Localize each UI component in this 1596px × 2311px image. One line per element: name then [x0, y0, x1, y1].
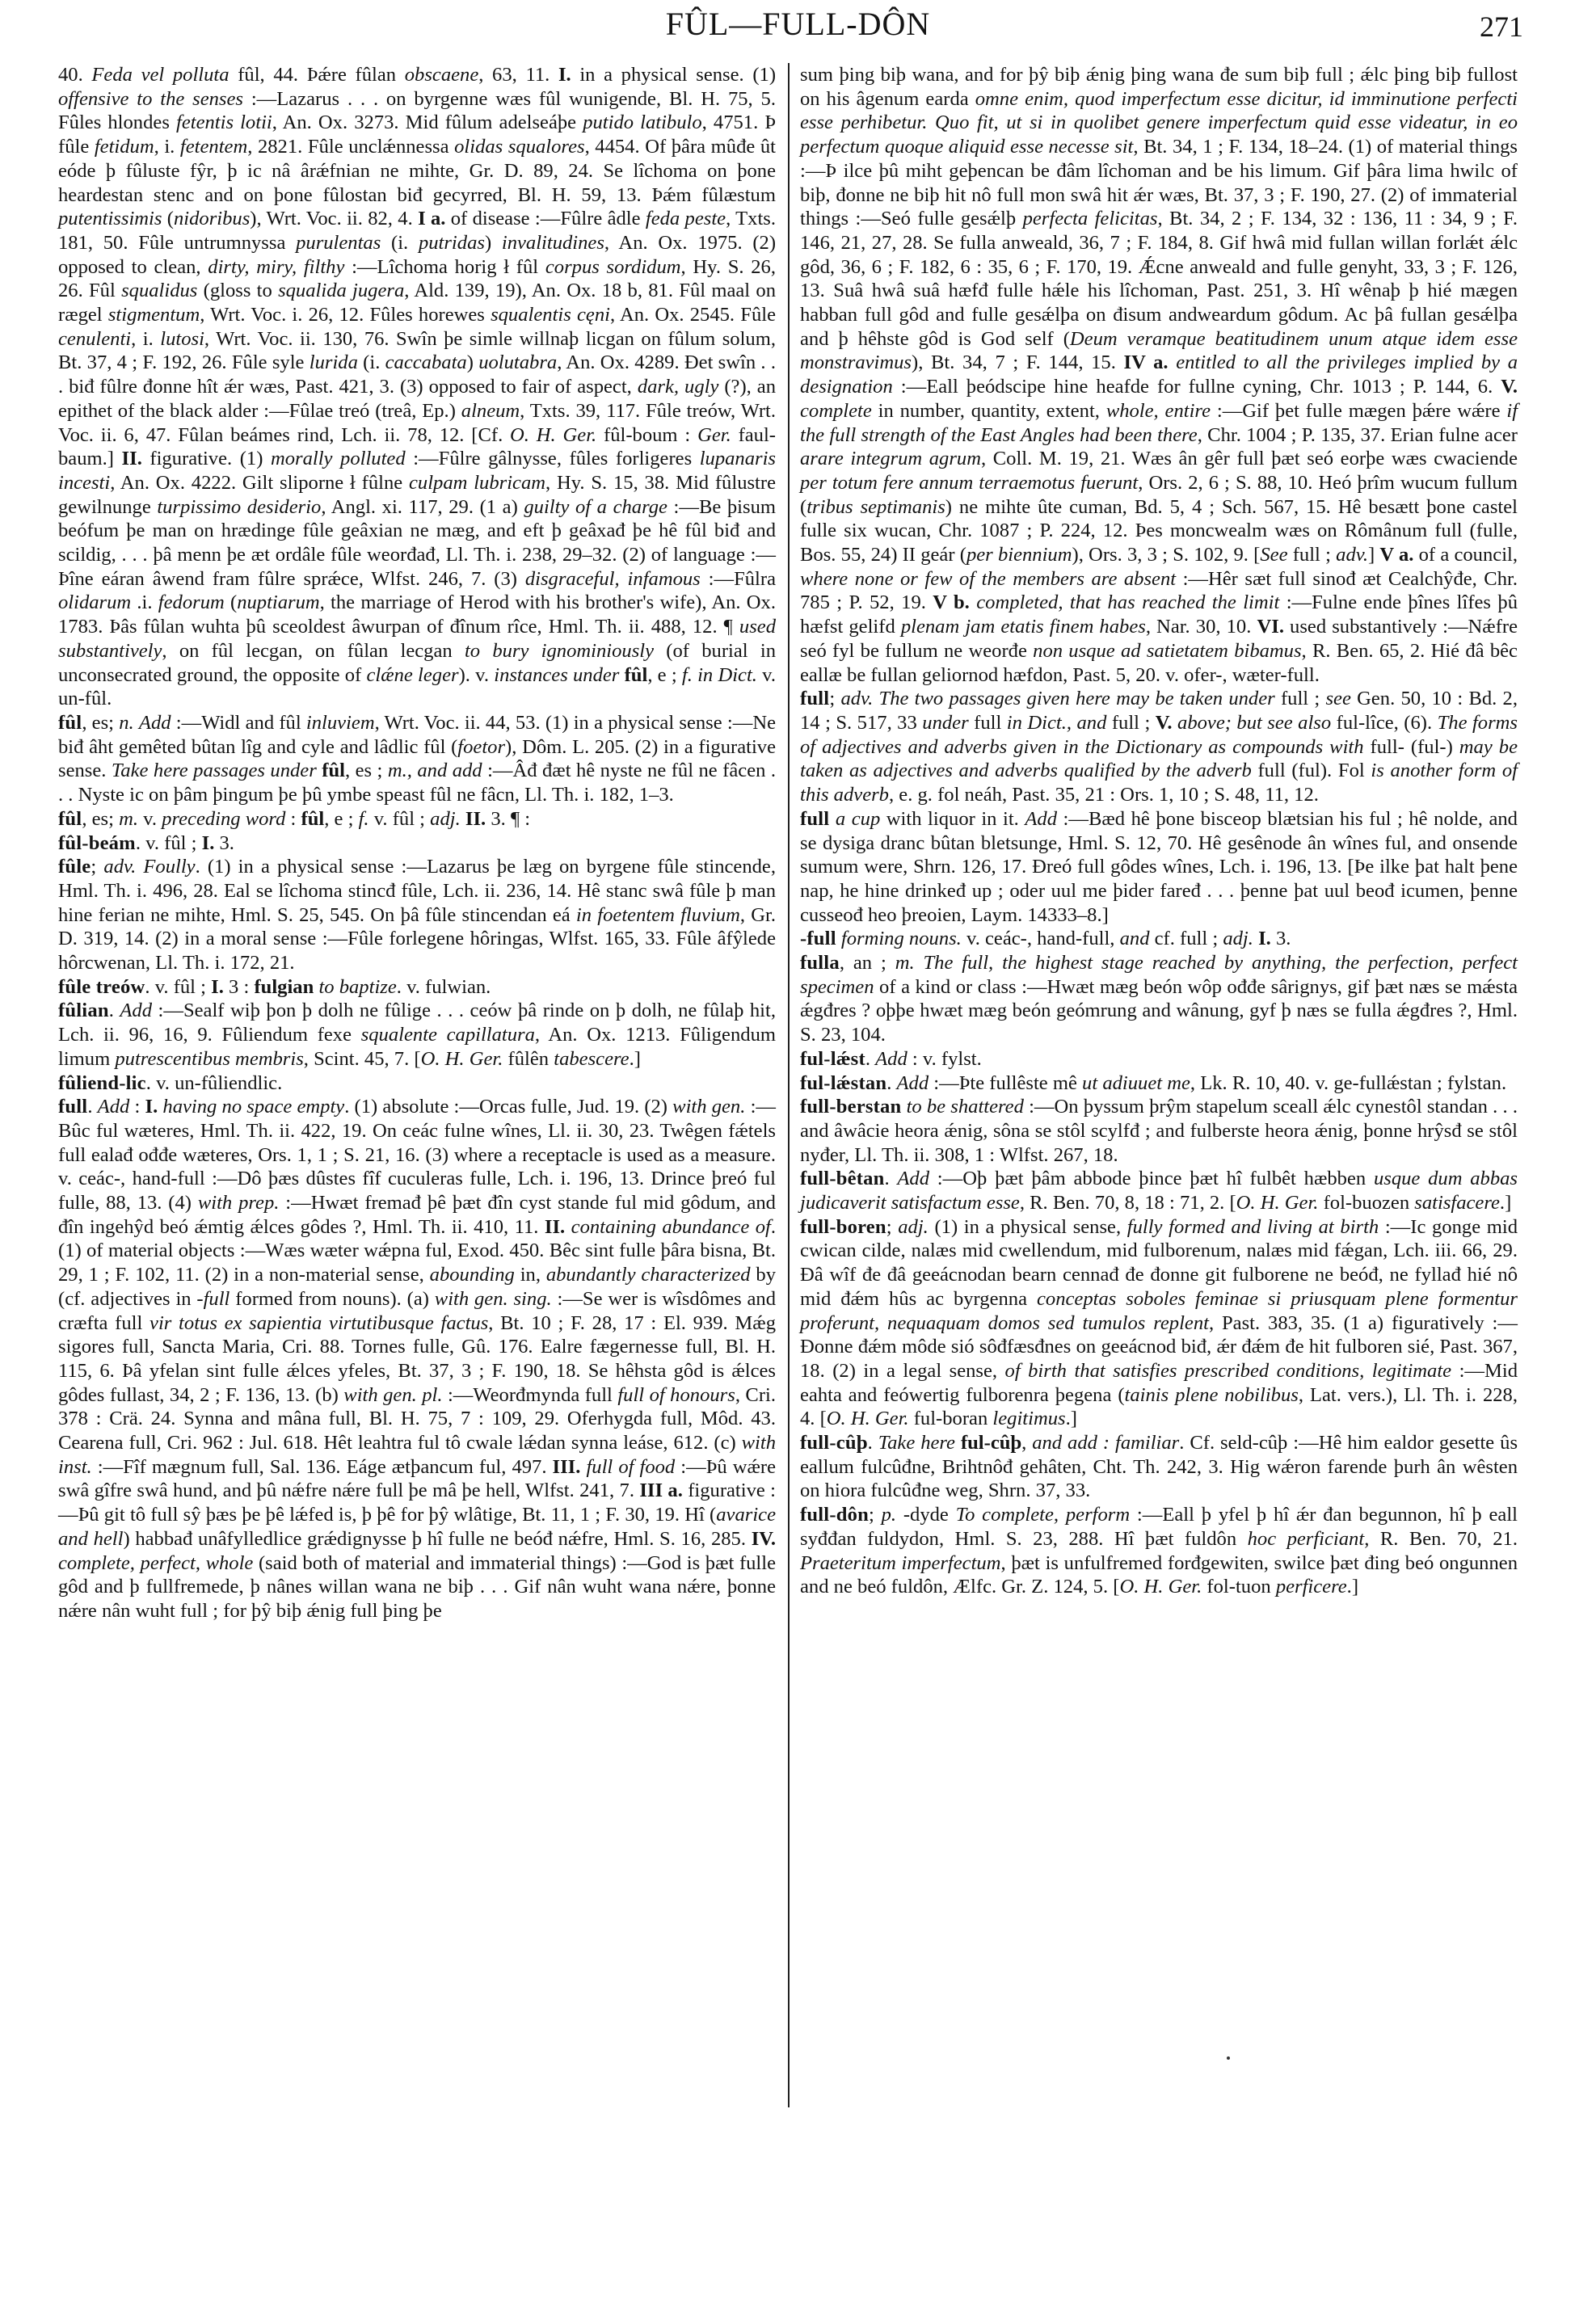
italic-gloss: cenulenti: [58, 328, 131, 350]
entry-text: .: [87, 1096, 97, 1118]
entry-text: :: [285, 808, 301, 830]
bold-marker: I a.: [418, 208, 445, 229]
entry-text: .: [884, 1168, 897, 1189]
italic-gloss: m., and add: [388, 760, 482, 781]
entry-text: fûl, 44. Þǽre fûlan: [230, 64, 405, 86]
entry-text: :—Oþ þæt þâm abbode þince þæt hî fulbêt …: [929, 1168, 1374, 1189]
left-column: 40. Feda vel polluta fûl, 44. Þǽre fûlan…: [58, 63, 776, 1623]
italic-gloss: tabescere: [554, 1048, 629, 1070]
bold-marker: IV a.: [1124, 351, 1169, 373]
italic-gloss: Ger.: [697, 424, 731, 446]
dictionary-entry: ful-lǽstan. Add :—Þte fullêste mê ut adi…: [800, 1071, 1518, 1096]
italic-gloss: disgraceful, infamous: [525, 568, 701, 590]
dictionary-entry: full a cup with liquor in it. Add :—Bæd …: [800, 807, 1518, 928]
column-divider: [788, 63, 790, 2107]
headword: ful-lǽstan: [800, 1072, 886, 1094]
entry-text: , e ;: [647, 664, 682, 686]
right-column: sum þing biþ wana, and for þŷ biþ ǽnig þ…: [800, 63, 1518, 1599]
entry-text: 3. ¶ :: [486, 808, 530, 830]
dictionary-entry: full-dôn; p. -dyde To complete, perform …: [800, 1503, 1518, 1599]
italic-gloss: adv. Foully: [103, 856, 195, 878]
headword: full: [800, 688, 829, 709]
entry-text: , an ;: [840, 952, 895, 974]
entry-text: ,: [1021, 1432, 1032, 1454]
italic-gloss: full of food: [586, 1456, 675, 1478]
entry-text: full: [969, 712, 1007, 734]
entry-text: ), Bt. 34, 7 ; F. 144, 15.: [912, 351, 1124, 373]
bold-marker: IV.: [752, 1528, 776, 1550]
italic-gloss: O. H. Ger.: [1119, 1576, 1202, 1597]
headword: ful-lǽst: [800, 1048, 865, 1070]
italic-gloss: guilty of a charge: [524, 496, 667, 518]
italic-gloss: see: [1325, 688, 1350, 709]
entry-text: . (1) absolute :—Orcas fulle, Jud. 19. (…: [344, 1096, 672, 1118]
italic-gloss: adv.: [1336, 544, 1368, 566]
italic-gloss: m.: [119, 808, 138, 830]
entry-text: v. fûl ;: [369, 808, 431, 830]
entry-text: v. ceác-, hand-full,: [962, 928, 1120, 949]
entry-text: , Nar. 30, 10.: [1146, 616, 1257, 638]
italic-gloss: inluviem: [306, 712, 375, 734]
entry-text: ;: [91, 856, 103, 878]
entry-text: [970, 591, 976, 613]
dictionary-entry: fûle treów. v. fûl ; I. 3 : fulgian to b…: [58, 975, 776, 1000]
italic-gloss: with gen. pl.: [343, 1384, 442, 1406]
running-head: FÛL—FULL-DÔN: [0, 5, 1596, 43]
italic-gloss: containing abundance of: [571, 1216, 771, 1238]
italic-gloss: squalentis cęni: [491, 304, 610, 326]
italic-gloss: forming nouns.: [841, 928, 962, 949]
entry-text: [829, 808, 836, 830]
entry-text: [565, 1216, 571, 1238]
entry-text: ful-boran: [909, 1408, 993, 1429]
italic-gloss: abounding: [430, 1264, 515, 1286]
bold-marker: V.: [1501, 376, 1518, 398]
italic-gloss: above; but see also: [1177, 712, 1331, 734]
entry-text: .i.: [131, 591, 158, 613]
entry-text: full (ful). Fol: [1252, 760, 1371, 781]
entry-text: in,: [515, 1264, 546, 1286]
italic-gloss: non usque ad satietatem bibamus: [1033, 640, 1301, 662]
italic-gloss: uolutabra: [478, 351, 557, 373]
headword: fulla: [800, 952, 840, 974]
entry-text: fûl-boum :: [596, 424, 697, 446]
italic-gloss: morally polluted: [271, 448, 406, 469]
headword: -full: [800, 928, 836, 949]
entry-text: , e. g. fol neáh, Past. 35, 21 : Ors. 1,…: [889, 784, 1319, 806]
headword: full-dôn: [800, 1504, 869, 1526]
bold-marker: I.: [145, 1096, 158, 1118]
dictionary-entry: fûl, es; m. v. preceding word : fûl, e ;…: [58, 807, 776, 831]
entry-text: ): [467, 351, 478, 373]
entry-text: of a council,: [1413, 544, 1518, 566]
entry-text: (gloss to: [197, 280, 278, 301]
entry-text: of disease :—Fûlre âdle: [445, 208, 645, 229]
italic-gloss: to baptize: [318, 976, 396, 998]
entry-text: in a physical sense. (1): [571, 64, 776, 86]
dictionary-entry: full-boren; adj. (1) in a physical sense…: [800, 1215, 1518, 1431]
entry-text: . v. fûl ;: [145, 976, 211, 998]
entry-text: ;: [829, 688, 840, 709]
entry-text: -dyde: [896, 1504, 956, 1526]
italic-gloss: with gen. sing.: [435, 1288, 552, 1310]
italic-gloss: dark, ugly: [638, 376, 719, 398]
italic-gloss: -full: [196, 1288, 230, 1310]
headword: full-cûþ: [800, 1432, 868, 1454]
italic-gloss: olidarum: [58, 591, 131, 613]
entry-text: :: [129, 1096, 145, 1118]
italic-gloss: full of honours: [617, 1384, 735, 1406]
italic-gloss: and add : familiar: [1032, 1432, 1179, 1454]
bold-marker: fulgian: [254, 976, 314, 998]
entry-text: .]: [1347, 1576, 1358, 1597]
entry-text: ;: [886, 1216, 898, 1238]
headword: fûl-beám: [58, 832, 136, 854]
entry-text: formed from nouns). (a): [230, 1288, 434, 1310]
entry-text: .: [886, 1072, 896, 1094]
italic-gloss: putridas: [419, 232, 485, 254]
dictionary-entry: full-cûþ. Take here ful-cûþ, and add : f…: [800, 1431, 1518, 1503]
italic-gloss: putentissimis: [58, 208, 162, 229]
italic-gloss: per totum fere annum terraemotus fuerunt: [800, 472, 1138, 494]
dictionary-columns: 40. Feda vel polluta fûl, 44. Þǽre fûlan…: [58, 63, 1545, 2245]
entry-text: :—Lîchoma horig ł fûl: [344, 256, 545, 278]
italic-gloss: with gen.: [672, 1096, 745, 1118]
entry-text: full ;: [1275, 688, 1326, 709]
italic-gloss: nidoribus: [174, 208, 250, 229]
italic-gloss: adj.: [430, 808, 461, 830]
page-number: 271: [1480, 10, 1523, 44]
italic-gloss: O. H. Ger.: [827, 1408, 909, 1429]
entry-text: cf. full ;: [1149, 928, 1223, 949]
entry-text: , An. Ox. 3273. Mid fûlum adelseáþe: [272, 112, 583, 133]
italic-gloss: in Dict., and: [1007, 712, 1107, 734]
entry-text: :—Þte fullêste mê: [929, 1072, 1082, 1094]
entry-text: , es;: [82, 712, 119, 734]
entry-text: ), Wrt. Voc. ii. 82, 4.: [250, 208, 418, 229]
entry-text: full ;: [1288, 544, 1337, 566]
entry-text: .: [868, 1432, 878, 1454]
dictionary-entry: -full forming nouns. v. ceác-, hand-full…: [800, 927, 1518, 951]
italic-gloss: perfecta felicitas: [1023, 208, 1158, 229]
entry-text: , R. Ben. 70, 21.: [1364, 1528, 1518, 1550]
bold-marker: II.: [122, 448, 142, 469]
headword: fûliend-lic: [58, 1072, 146, 1094]
bold-marker: V.: [1156, 712, 1173, 734]
bold-marker: V b.: [933, 591, 970, 613]
italic-gloss: adv. The two passages given here may be …: [840, 688, 1274, 709]
entry-text: , Wrt. Voc. i. 26, 12. Fûles horewes: [200, 304, 491, 326]
bold-marker: III a.: [639, 1480, 683, 1501]
italic-gloss: fetidum: [95, 136, 154, 158]
dictionary-entry: fûl, es; n. Add :—Widl and fûl inluviem,…: [58, 711, 776, 807]
headword: full: [58, 1096, 87, 1118]
italic-gloss: per biennium: [966, 544, 1072, 566]
entry-text: : v. fylst.: [907, 1048, 982, 1070]
headword: fûl: [58, 808, 82, 830]
entry-text: :—Fîf mægnum full, Sal. 136. Eáge ætþanc…: [92, 1456, 553, 1478]
italic-gloss: dirty, miry, filthy: [208, 256, 344, 278]
italic-gloss: Praeteritum imperfectum: [800, 1552, 1000, 1574]
entry-text: , 2821. Fûle unclǽnnessa: [247, 136, 454, 158]
italic-gloss: purulentas: [296, 232, 381, 254]
italic-gloss: caccabata: [385, 351, 467, 373]
entry-text: , Scint. 45, 7. [: [304, 1048, 421, 1070]
entry-text: :—Eall þeódscipe hine heafde for fullne …: [893, 376, 1501, 398]
entry-text: :—Weorđmynda full: [443, 1384, 618, 1406]
entry-text: ): [485, 232, 502, 254]
italic-gloss: fetentis lotii: [176, 112, 272, 133]
entry-text: , An. Ox. 2545. Fûle: [610, 304, 776, 326]
italic-gloss: lurida: [310, 351, 358, 373]
italic-gloss: Add: [1025, 808, 1057, 830]
bold-marker: fûl: [322, 760, 345, 781]
italic-gloss: putrescentibus membris: [115, 1048, 303, 1070]
italic-gloss: complete, perfect, whole: [58, 1552, 253, 1574]
italic-gloss: instances under: [494, 664, 619, 686]
italic-gloss: offensive to the senses: [58, 88, 243, 110]
italic-gloss: complete: [800, 400, 872, 422]
italic-gloss: O. H. Ger.: [421, 1048, 503, 1070]
italic-gloss: obscaene: [405, 64, 479, 86]
italic-gloss: putido latibulo: [583, 112, 701, 133]
italic-gloss: legitimus: [992, 1408, 1065, 1429]
italic-gloss: squalida jugera: [278, 280, 404, 301]
italic-gloss: tribus septimanis: [806, 496, 945, 518]
entry-text: of a kind or class :—Hwæt mæg beón wôp o…: [800, 976, 1518, 1046]
dictionary-entry: full. Add : I. having no space empty. (1…: [58, 1095, 776, 1623]
italic-gloss: ut adiuuet me: [1082, 1072, 1190, 1094]
page-header: FÛL—FULL-DÔN 271: [0, 0, 1596, 57]
entry-text: v.: [138, 808, 162, 830]
entry-text: fol-buozen: [1318, 1192, 1414, 1214]
italic-gloss: p.: [882, 1504, 896, 1526]
entry-text: :—Fûlre gâlnysse, fûles forligeres: [406, 448, 700, 469]
headword: fûl: [58, 712, 82, 734]
entry-text: with liquor in it.: [880, 808, 1025, 830]
dictionary-entry: fûlian. Add :—Sealf wiþ þon þ dolh ne fû…: [58, 999, 776, 1071]
entry-text: , on fûl lecgan, on fûlan lecgan: [162, 640, 465, 662]
italic-gloss: arare integrum agrum: [800, 448, 981, 469]
italic-gloss: Add: [897, 1072, 929, 1094]
bold-marker: II.: [545, 1216, 565, 1238]
italic-gloss: a cup: [836, 808, 880, 830]
entry-text: , es;: [82, 808, 119, 830]
dictionary-entry: fûle; adv. Foully. (1) in a physical sen…: [58, 855, 776, 975]
italic-gloss: f.: [359, 808, 369, 830]
entry-text: :—Widl and fûl: [171, 712, 306, 734]
entry-text: in number, quantity, extent,: [872, 400, 1106, 422]
italic-gloss: culpam lubricam: [409, 472, 545, 494]
dictionary-entry: full-bêtan. Add :—Oþ þæt þâm abbode þinc…: [800, 1167, 1518, 1214]
italic-gloss: O. H. Ger.: [1236, 1192, 1319, 1214]
italic-gloss: foetor: [457, 736, 505, 758]
italic-gloss: invalitudines: [502, 232, 604, 254]
entry-text: , Chr. 1004 ; P. 135, 37. Erian fulne ac…: [1198, 424, 1518, 446]
italic-gloss: completed, that has reached the limit: [976, 591, 1279, 613]
dictionary-entry: full-berstan to be shattered :—On þyssum…: [800, 1095, 1518, 1167]
italic-gloss: corpus sordidum: [545, 256, 681, 278]
bold-marker: fûl: [301, 808, 325, 830]
italic-gloss: stigmentum: [108, 304, 200, 326]
italic-gloss: satisfacere: [1414, 1192, 1500, 1214]
italic-gloss: plenam jam etatis finem habes: [901, 616, 1146, 638]
italic-gloss: fedorum: [158, 591, 225, 613]
entry-text: .: [865, 1048, 875, 1070]
entry-text: fol-tuon: [1202, 1576, 1276, 1597]
italic-gloss: olidas squalores: [454, 136, 584, 158]
entry-text: .]: [630, 1048, 641, 1070]
entry-text: , Angl. xi. 117, 29. (1 a): [321, 496, 524, 518]
italic-gloss: Add: [897, 1168, 929, 1189]
headword: fûle: [58, 856, 91, 878]
entry-text: , Coll. M. 19, 21. Wæs ân gêr full þæt s…: [981, 448, 1518, 469]
entry-text: (: [162, 208, 174, 229]
entry-text: , es ;: [345, 760, 388, 781]
italic-gloss: of birth that satisfies prescribed condi…: [1005, 1360, 1452, 1382]
italic-gloss: and: [1120, 928, 1150, 949]
italic-gloss: preceding word: [162, 808, 285, 830]
entry-text: , R. Ben. 70, 8, 18 : 71, 2. [: [1020, 1192, 1236, 1214]
bold-marker: III.: [553, 1456, 581, 1478]
italic-gloss: to be shattered: [907, 1096, 1024, 1118]
entry-text: full ;: [1106, 712, 1155, 734]
italic-gloss: perficere: [1276, 1576, 1347, 1597]
dictionary-entry: full; adv. The two passages given here m…: [800, 687, 1518, 807]
italic-gloss: Take here passages under: [112, 760, 317, 781]
italic-gloss: abundantly characterized: [546, 1264, 751, 1286]
entry-text: [1169, 351, 1177, 373]
entry-text: 3.: [214, 832, 234, 854]
entry-text: :—Gif þet fulle mægen þǽre wǽre: [1211, 400, 1506, 422]
italic-gloss: where none or few of the members are abs…: [800, 568, 1176, 590]
entry-text: ) habbađ unâfylledlice grǽdignysse þ hî …: [123, 1528, 751, 1550]
italic-gloss: vir totus ex sapientia virtutibusque fac…: [149, 1312, 488, 1334]
italic-gloss: adj.: [898, 1216, 929, 1238]
entry-text: 3.: [1271, 928, 1291, 949]
italic-gloss: Add: [875, 1048, 907, 1070]
bold-marker: VI.: [1257, 616, 1283, 638]
italic-gloss: Feda vel polluta: [91, 64, 229, 86]
entry-text: .]: [1066, 1408, 1077, 1429]
dictionary-entry: fûl-beám. v. fûl ; I. 3.: [58, 831, 776, 856]
italic-gloss: fetentem: [180, 136, 247, 158]
italic-gloss: n.: [119, 712, 133, 734]
italic-gloss: lutosi: [160, 328, 204, 350]
bold-marker: I.: [558, 64, 571, 86]
entry-continuation: sum þing biþ wana, and for þŷ biþ ǽnig þ…: [800, 63, 1518, 687]
italic-gloss: feda peste: [646, 208, 726, 229]
entry-text: , i.: [154, 136, 180, 158]
print-speck: [1227, 2056, 1230, 2060]
italic-gloss: whole, entire: [1106, 400, 1211, 422]
entry-text: (1) in a physical sense,: [929, 1216, 1127, 1238]
entry-text: 3 :: [224, 976, 255, 998]
italic-gloss: Add: [120, 1000, 152, 1021]
headword: fûlian: [58, 1000, 109, 1021]
entry-text: , 63, 11.: [478, 64, 558, 86]
italic-gloss: having no space empty: [162, 1096, 344, 1118]
italic-gloss: squalente capillatura: [361, 1024, 535, 1046]
dictionary-entry: ful-lǽst. Add : v. fylst.: [800, 1047, 1518, 1071]
entry-text: , e ;: [324, 808, 358, 830]
bold-marker: I.: [1258, 928, 1271, 949]
entry-text: (i.: [358, 351, 385, 373]
entry-text: full- (ful-): [1364, 736, 1459, 758]
italic-gloss: alneum: [461, 400, 520, 422]
italic-gloss: Take here: [878, 1432, 955, 1454]
italic-gloss: clǽne leger: [366, 664, 458, 686]
dictionary-entry: fûliend-lic. v. un-fûliendlic.: [58, 1071, 776, 1096]
bold-marker: ful-cûþ: [961, 1432, 1021, 1454]
entry-text: . v. un-fûliendlic.: [146, 1072, 282, 1094]
entry-text: .: [109, 1000, 120, 1021]
entry-text: , i.: [131, 328, 160, 350]
italic-gloss: to bury ignominiously: [465, 640, 654, 662]
italic-gloss: turpissimo desiderio: [157, 496, 321, 518]
italic-gloss: squalidus: [121, 280, 197, 301]
headword: full-boren: [800, 1216, 886, 1238]
bold-marker: fûl: [625, 664, 648, 686]
entry-text: . v. fûl ;: [136, 832, 202, 854]
italic-gloss: adj.: [1223, 928, 1253, 949]
entry-text: fûlên: [503, 1048, 554, 1070]
italic-gloss: in foetentem fluvium: [576, 904, 740, 926]
entry-continuation: 40. Feda vel polluta fûl, 44. Þǽre fûlan…: [58, 63, 776, 711]
entry-text: , An. Ox. 4222. Gilt sliporne ł fûlne: [110, 472, 409, 494]
italic-gloss: nuptiarum: [237, 591, 319, 613]
italic-gloss: See: [1260, 544, 1287, 566]
entry-text: (: [225, 591, 237, 613]
entry-text: ]: [1368, 544, 1379, 566]
dictionary-entry: fulla, an ; m. The full, the highest sta…: [800, 951, 1518, 1047]
bold-marker: II.: [465, 808, 486, 830]
italic-gloss: hoc perficiant: [1248, 1528, 1365, 1550]
italic-gloss: Add: [139, 712, 171, 734]
entry-text: ), Ors. 3, 3 ; S. 102, 9. [: [1072, 544, 1261, 566]
italic-gloss: O. H. Ger.: [510, 424, 596, 446]
entry-text: ful-lîce, (6).: [1331, 712, 1437, 734]
entry-text: .]: [1500, 1192, 1511, 1214]
headword: fûle treów: [58, 976, 145, 998]
entry-text: (i.: [381, 232, 419, 254]
entry-text: figurative. (1): [142, 448, 271, 469]
entry-text: , Lk. R. 10, 40. v. ge-fullǽstan ; fylst…: [1190, 1072, 1506, 1094]
entry-text: . v. fulwian.: [397, 976, 491, 998]
italic-gloss: fully formed and living at birth: [1127, 1216, 1379, 1238]
italic-gloss: To complete, perform: [956, 1504, 1130, 1526]
entry-text: ;: [869, 1504, 882, 1526]
italic-gloss: Add: [98, 1096, 130, 1118]
italic-gloss: tainis plene nobilibus: [1125, 1384, 1299, 1406]
bold-marker: I.: [211, 976, 224, 998]
entry-text: ). v.: [459, 664, 495, 686]
headword: full: [800, 808, 829, 830]
italic-gloss: under: [922, 712, 968, 734]
headword: full-berstan: [800, 1096, 901, 1118]
bold-marker: I.: [202, 832, 215, 854]
italic-gloss: with prep.: [198, 1192, 280, 1214]
entry-text: 40.: [58, 64, 91, 86]
headword: full-bêtan: [800, 1168, 884, 1189]
bold-marker: V a.: [1379, 544, 1413, 566]
italic-gloss: f. in Dict.: [682, 664, 757, 686]
entry-text: [955, 1432, 961, 1454]
entry-text: :—Fûlra: [701, 568, 776, 590]
